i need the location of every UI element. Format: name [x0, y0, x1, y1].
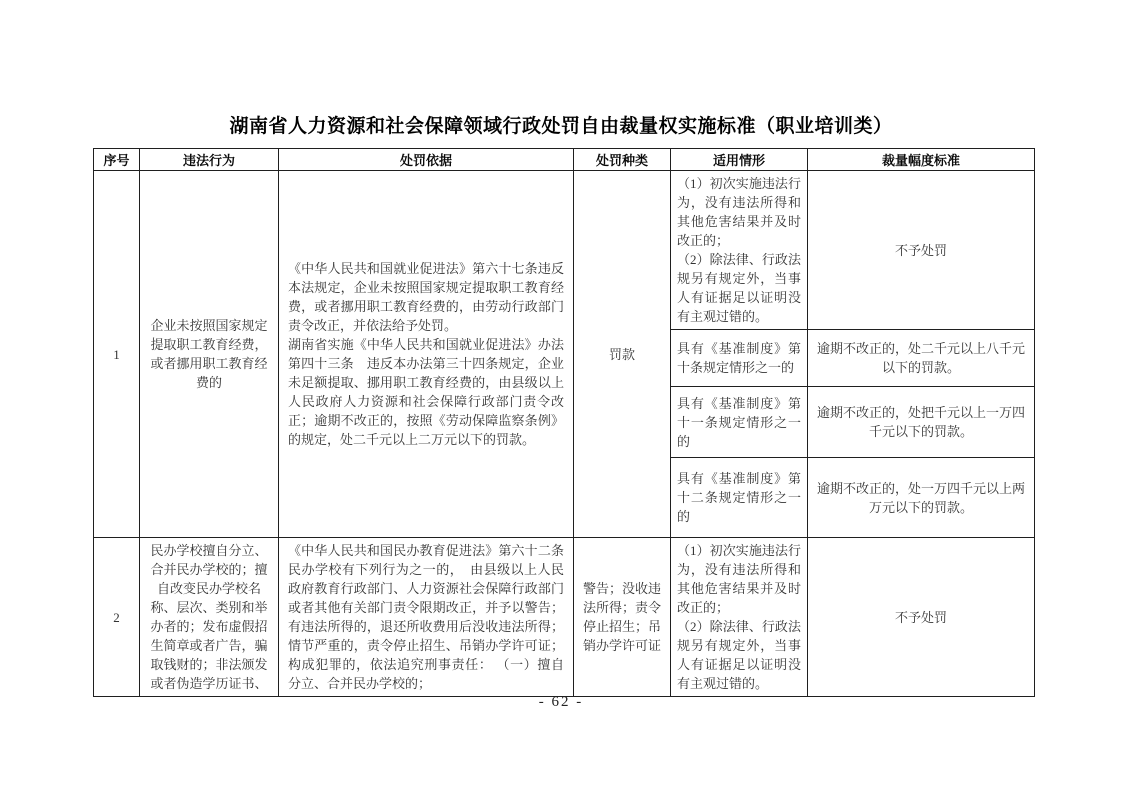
row2-seq: 2	[94, 538, 140, 697]
col-header-penalty-type: 处罚种类	[574, 149, 671, 171]
row1-basis-paragraph-1: 《中华人民共和国就业促进法》第六十七条违反本法规定，企业未按照国家规定提取职工教…	[288, 259, 564, 335]
col-header-basis: 处罚依据	[279, 149, 574, 171]
row1-situation-2: 具有《基准制度》第十条规定情形之一的	[671, 330, 808, 387]
standards-table: 序号 违法行为 处罚依据 处罚种类 适用情形 裁量幅度标准 1 企业未按照国家规…	[93, 148, 1035, 697]
row1-violation: 企业未按照国家规定提取职工教育经费，或者挪用职工教育经费的	[140, 171, 279, 538]
table-row: 2 民办学校擅自分立、合并民办学校的；擅自改变民办学校名称、层次、类别和举办者的…	[94, 538, 1035, 697]
row1-standard-3: 逾期不改正的，处把千元以上一万四千元以下的罚款。	[808, 387, 1035, 458]
row1-situation-1: （1）初次实施违法行为，没有违法所得和其他危害结果并及时改正的； （2）除法律、…	[671, 171, 808, 330]
row1-situation-3: 具有《基准制度》第十一条规定情形之一的	[671, 387, 808, 458]
row2-standard: 不予处罚	[808, 538, 1035, 697]
col-header-standard: 裁量幅度标准	[808, 149, 1035, 171]
row2-violation: 民办学校擅自分立、合并民办学校的；擅自改变民办学校名称、层次、类别和举办者的；发…	[140, 538, 279, 697]
row1-basis-paragraph-2: 湖南省实施《中华人民共和国就业促进法》办法第四十三条 违反本办法第三十四条规定，…	[288, 335, 564, 449]
row1-situation-4: 具有《基准制度》第十二条规定情形之一的	[671, 458, 808, 538]
page-number: - 62 -	[0, 694, 1122, 711]
col-header-seq: 序号	[94, 149, 140, 171]
document-page: 湖南省人力资源和社会保障领域行政处罚自由裁量权实施标准（职业培训类） 序号 违法…	[0, 0, 1122, 793]
row2-basis: 《中华人民共和国民办教育促进法》第六十二条 民办学校有下列行为之一的， 由县级以…	[279, 538, 574, 697]
row1-standard-1: 不予处罚	[808, 171, 1035, 330]
row1-penalty-type: 罚款	[574, 171, 671, 538]
row1-standard-2: 逾期不改正的，处二千元以上八千元以下的罚款。	[808, 330, 1035, 387]
col-header-violation: 违法行为	[140, 149, 279, 171]
row1-seq: 1	[94, 171, 140, 538]
row1-standard-4: 逾期不改正的，处一万四千元以上两万元以下的罚款。	[808, 458, 1035, 538]
row1-basis: 《中华人民共和国就业促进法》第六十七条违反本法规定，企业未按照国家规定提取职工教…	[279, 171, 574, 538]
col-header-situation: 适用情形	[671, 149, 808, 171]
row2-penalty-type: 警告；没收违法所得；责令停止招生；吊销办学许可证	[574, 538, 671, 697]
page-title: 湖南省人力资源和社会保障领域行政处罚自由裁量权实施标准（职业培训类）	[0, 111, 1122, 138]
row2-situation: （1）初次实施违法行为，没有违法所得和其他危害结果并及时改正的； （2）除法律、…	[671, 538, 808, 697]
table-header-row: 序号 违法行为 处罚依据 处罚种类 适用情形 裁量幅度标准	[94, 149, 1035, 171]
table-row: 1 企业未按照国家规定提取职工教育经费，或者挪用职工教育经费的 《中华人民共和国…	[94, 171, 1035, 330]
